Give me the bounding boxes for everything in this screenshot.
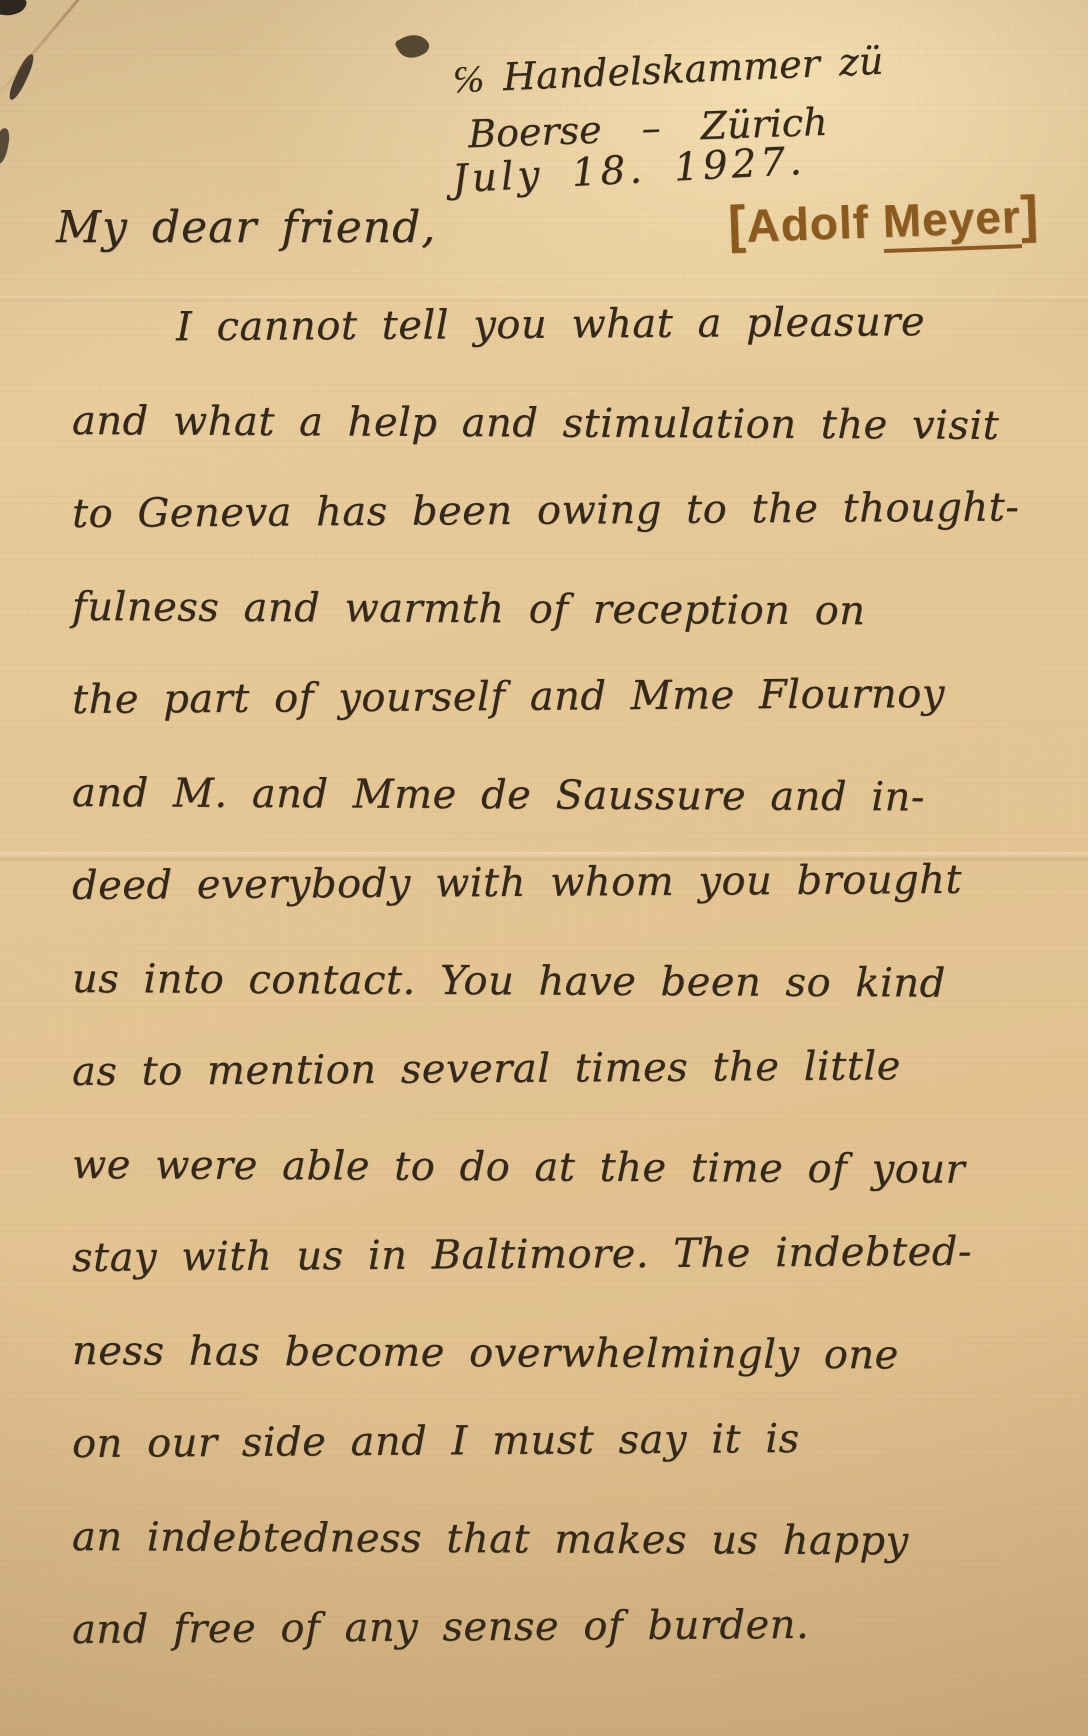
annotation-last-name: Meyer: [882, 190, 1022, 253]
paper-blemish: [0, 127, 12, 165]
body-line: we were able to do at the time of your: [72, 1119, 1032, 1217]
letter-body: I cannot tell you what a pleasure and wh…: [72, 282, 1032, 1677]
body-line: an indebtedness that makes us happy: [72, 1491, 1032, 1589]
annotation-close-bracket: ]: [1019, 186, 1039, 245]
body-line: the part of yourself and Mme Flournoy: [72, 647, 1033, 747]
body-line: on our side and I must say it is: [72, 1391, 1033, 1491]
ink-smudge: [394, 28, 432, 63]
paper-crease-diagonal: [0, 0, 81, 97]
letter-paper: ℅ Handelskammer zü Boerse – Zürich July …: [0, 0, 1088, 1736]
paper-blemish: [0, 0, 27, 18]
body-line: deed everybody with whom you brought: [72, 833, 1033, 933]
body-line: fulness and warmth of reception on: [72, 561, 1032, 659]
body-line: us into contact. You have been so kind: [72, 933, 1032, 1031]
body-line: and what a help and stimulation the visi…: [72, 375, 1032, 473]
body-line: ness has become overwhelmingly one: [72, 1305, 1032, 1403]
body-line: stay with us in Baltimore. The indebted-: [72, 1205, 1033, 1305]
body-line: as to mention several times the little: [72, 1019, 1033, 1119]
body-line: I cannot tell you what a pleasure: [72, 275, 1033, 375]
header-care-of-line: ℅ Handelskammer zü: [451, 39, 884, 103]
annotation-open-bracket: [: [727, 196, 747, 255]
author-annotation: [Adolf Meyer]: [727, 185, 1040, 256]
annotation-first-name: Adolf: [746, 195, 884, 252]
body-line: to Geneva has been owing to the thought-: [72, 461, 1033, 561]
body-line: and M. and Mme de Saussure and in-: [72, 747, 1032, 845]
salutation: My dear friend,: [56, 202, 436, 253]
body-line: and free of any sense of burden.: [72, 1577, 1033, 1677]
